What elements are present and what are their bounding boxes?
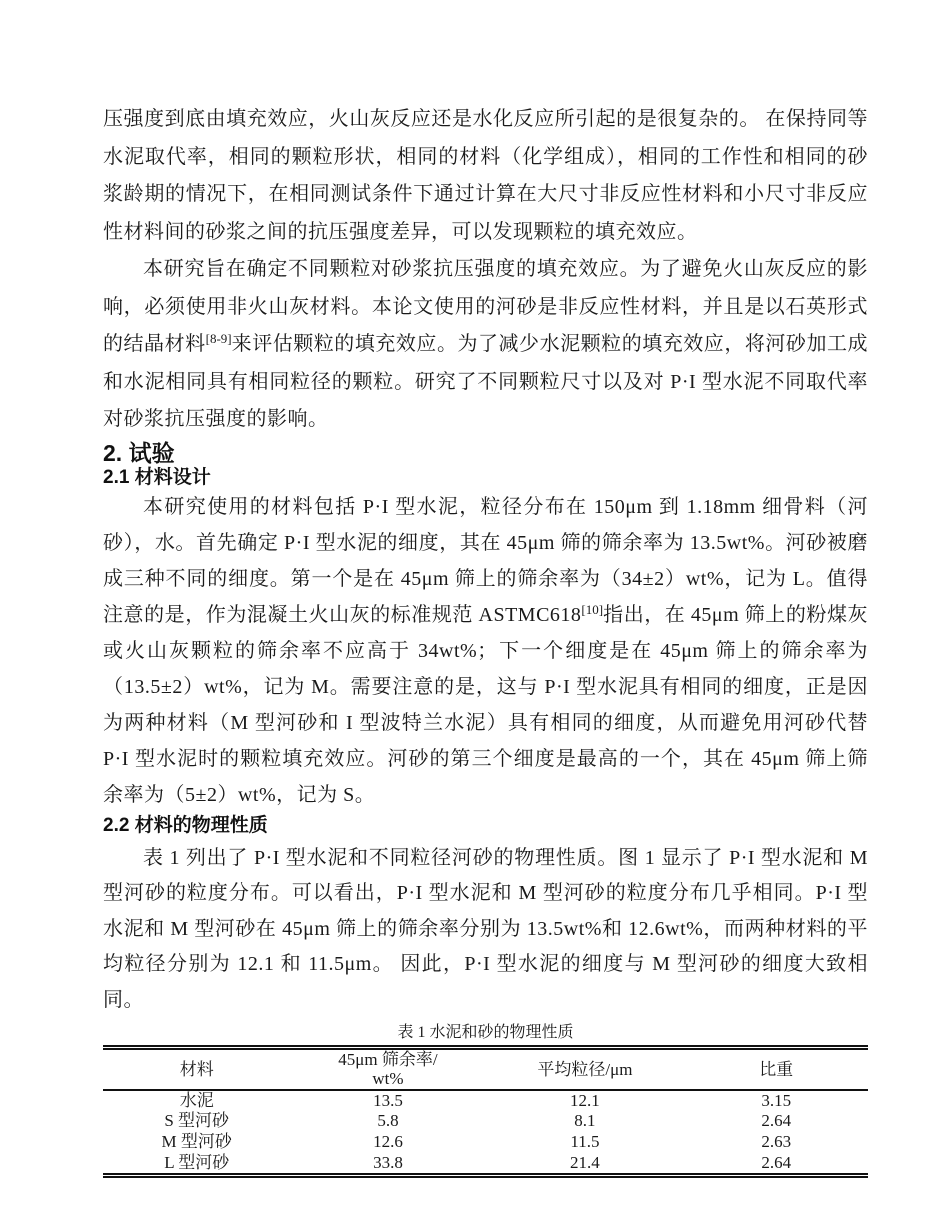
citation-ref-8-9: [8-9] (206, 331, 232, 346)
paragraph-intro-text: 压强度到底由填充效应，火山灰反应还是水化反应所引起的是很复杂的。 在保持同等水泥… (103, 108, 868, 243)
cell-specific-gravity: 2.63 (684, 1132, 868, 1153)
paragraph-objective-text-cont: 来评估颗粒的填充效应。为了减少水泥颗粒的填充效应，将河砂加工成和水泥相同具有相同… (103, 333, 868, 430)
table-row-sand-l: L 型河砂 33.8 21.4 2.64 (103, 1153, 868, 1176)
paragraph-physical-properties-text: 表 1 列出了 P·I 型水泥和不同粒径河砂的物理性质。图 1 显示了 P·I … (103, 847, 868, 1011)
paragraph-research-objective: 本研究旨在确定不同颗粒对砂浆抗压强度的填充效应。为了避免火山灰反应的影响，必须使… (103, 251, 868, 439)
cell-mean-size: 8.1 (485, 1111, 684, 1132)
cell-mean-size: 11.5 (485, 1132, 684, 1153)
cell-material: S 型河砂 (103, 1111, 290, 1132)
paragraph-intro-continuation: 压强度到底由填充效应，火山灰反应还是水化反应所引起的是很复杂的。 在保持同等水泥… (103, 101, 868, 251)
table-header-row: 材料 45μm 筛余率/ wt% 平均粒径/μm 比重 (103, 1048, 868, 1090)
table-row-sand-m: M 型河砂 12.6 11.5 2.63 (103, 1132, 868, 1153)
column-header-specific-gravity: 比重 (684, 1048, 868, 1090)
cell-mean-size: 21.4 (485, 1153, 684, 1176)
paragraph-material-design-text-cont: 指出，在 45μm 筛上的粉煤灰或火山灰颗粒的筛余率不应高于 34wt%；下一个… (103, 604, 868, 806)
section-heading-experiment: 2. 试验 (103, 439, 868, 467)
cell-material: M 型河砂 (103, 1132, 290, 1153)
materials-properties-table: 材料 45μm 筛余率/ wt% 平均粒径/μm 比重 水泥 13.5 12.1… (103, 1045, 868, 1178)
table-header: 材料 45μm 筛余率/ wt% 平均粒径/μm 比重 (103, 1048, 868, 1090)
column-header-residue-line1: 45μm 筛余率/ (290, 1050, 485, 1069)
table-row-sand-s: S 型河砂 5.8 8.1 2.64 (103, 1111, 868, 1132)
cell-material: L 型河砂 (103, 1153, 290, 1176)
paragraph-material-design: 本研究使用的材料包括 P·I 型水泥，粒径分布在 150μm 到 1.18mm … (103, 489, 868, 813)
table-row-cement: 水泥 13.5 12.1 3.15 (103, 1090, 868, 1111)
cell-mean-size: 12.1 (485, 1090, 684, 1111)
cell-specific-gravity: 2.64 (684, 1153, 868, 1176)
cell-material: 水泥 (103, 1090, 290, 1111)
column-header-residue: 45μm 筛余率/ wt% (290, 1048, 485, 1090)
cell-specific-gravity: 3.15 (684, 1090, 868, 1111)
table-caption: 表 1 水泥和砂的物理性质 (103, 1024, 868, 1042)
cell-residue: 5.8 (290, 1111, 485, 1132)
column-header-mean-size: 平均粒径/μm (485, 1048, 684, 1090)
page-content: 压强度到底由填充效应，火山灰反应还是水化反应所引起的是很复杂的。 在保持同等水泥… (103, 101, 868, 1178)
cell-residue: 13.5 (290, 1090, 485, 1111)
paper-page: 压强度到底由填充效应，火山灰反应还是水化反应所引起的是很复杂的。 在保持同等水泥… (0, 0, 952, 1232)
paragraph-physical-properties: 表 1 列出了 P·I 型水泥和不同粒径河砂的物理性质。图 1 显示了 P·I … (103, 841, 868, 1019)
cell-residue: 33.8 (290, 1153, 485, 1176)
table-body: 水泥 13.5 12.1 3.15 S 型河砂 5.8 8.1 2.64 M 型… (103, 1090, 868, 1176)
column-header-residue-line2: wt% (290, 1069, 485, 1088)
cell-residue: 12.6 (290, 1132, 485, 1153)
subsection-heading-material-design: 2.1 材料设计 (103, 467, 868, 489)
column-header-material: 材料 (103, 1048, 290, 1090)
citation-ref-10: [10] (581, 602, 603, 617)
cell-specific-gravity: 2.64 (684, 1111, 868, 1132)
subsection-heading-physical-properties: 2.2 材料的物理性质 (103, 815, 868, 837)
